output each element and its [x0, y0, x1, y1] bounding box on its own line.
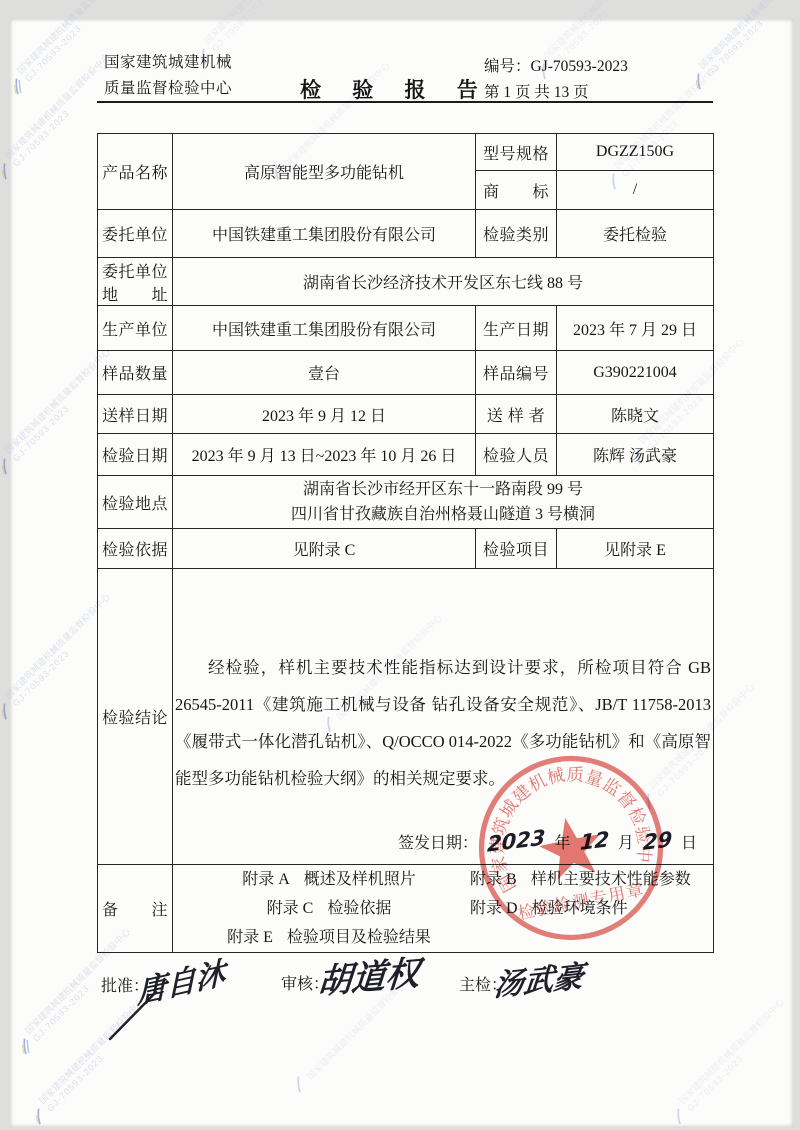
appendix-title: 检验项目及检验结果	[287, 929, 431, 946]
report-number: 编号：GJ-70593-2023	[484, 54, 628, 80]
label-items: 检验项目	[476, 529, 557, 569]
label-location: 检验地点	[98, 476, 173, 529]
appendix-code: 附录 C	[267, 900, 314, 917]
report-number-value: GJ-70593-2023	[531, 58, 628, 75]
report-number-label: 编号：	[484, 58, 531, 75]
label-deliverer: 送 样 者	[476, 395, 557, 434]
report-table: 产品名称 高原智能型多功能钻机 型号规格 DGZZ150G 商 标 / 委托单位…	[97, 133, 714, 953]
label-client: 委托单位	[98, 210, 173, 258]
label-client-address: 委托单位 地 址	[98, 258, 173, 306]
appendix-row: 附录 C检验依据 附录 D检验环境条件	[175, 894, 711, 923]
table-row: 生产单位 中国铁建重工集团股份有限公司 生产日期 2023 年 7 月 29 日	[98, 306, 714, 351]
label-basis: 检验依据	[98, 529, 173, 569]
label-inspectors: 检验人员	[476, 434, 557, 476]
value-product-name: 高原智能型多功能钻机	[173, 134, 476, 210]
label-delivery-date: 送样日期	[98, 395, 173, 434]
appendix-code: 附录 E	[227, 929, 273, 946]
table-row: 委托单位 地 址 湖南省长沙经济技术开发区东七线 88 号	[98, 258, 714, 306]
appendix-code: 附录 B	[470, 871, 517, 888]
table-row: 样品数量 壹台 样品编号 G390221004	[98, 351, 714, 395]
value-basis: 见附录 C	[173, 529, 476, 569]
value-production-date: 2023 年 7 月 29 日	[557, 306, 714, 351]
value-client: 中国铁建重工集团股份有限公司	[173, 210, 476, 258]
table-row: 检验依据 见附录 C 检验项目 见附录 E	[98, 529, 714, 569]
sign-date-day-handwritten: 29	[642, 827, 672, 855]
value-manufacturer: 中国铁建重工集团股份有限公司	[173, 306, 476, 351]
conclusion-cell: 经检验，样机主要技术性能指标达到设计要求，所检项目符合 GB 26545-201…	[173, 569, 714, 865]
sign-date-line: 签发日期： 2023 年 12 月 29 日	[398, 829, 697, 853]
appendix-code: 附录 A	[242, 871, 290, 888]
appendix-row: 附录 A概述及样机照片 附录 B样机主要技术性能参数	[175, 865, 711, 894]
review-signature: 胡道权	[316, 945, 422, 1003]
label-conclusion: 检验结论	[98, 569, 173, 865]
table-row: 检验地点 湖南省长沙市经开区东十一路南段 99 号 四川省甘孜藏族自治州格聂山隧…	[98, 476, 714, 529]
label-manufacturer: 生产单位	[98, 306, 173, 351]
label-model-spec: 型号规格	[476, 134, 557, 171]
value-trademark: /	[557, 171, 714, 210]
table-row: 检验结论 经检验，样机主要技术性能指标达到设计要求，所检项目符合 GB 2654…	[98, 569, 714, 865]
table-row: 委托单位 中国铁建重工集团股份有限公司 检验类别 委托检验	[98, 210, 714, 258]
label-remark: 备 注	[98, 865, 173, 953]
location-line2: 四川省甘孜藏族自治州格聂山隧道 3 号横洞	[175, 502, 711, 527]
table-row: 产品名称 高原智能型多功能钻机 型号规格 DGZZ150G	[98, 134, 714, 171]
appendix-item: 附录 C检验依据	[175, 894, 470, 923]
sign-date-year-unit: 年	[554, 830, 570, 853]
value-items: 见附录 E	[557, 529, 714, 569]
value-sample-no: G390221004	[557, 351, 714, 395]
sign-date-year-handwritten: 2023	[487, 825, 546, 856]
value-deliverer: 陈晓文	[557, 395, 714, 434]
org-line2: 质量监督检验中心	[104, 76, 232, 102]
header-rule	[97, 101, 713, 103]
value-location: 湖南省长沙市经开区东十一路南段 99 号 四川省甘孜藏族自治州格聂山隧道 3 号…	[173, 476, 714, 529]
appendix-title: 检验环境条件	[532, 900, 628, 917]
sign-date-month-unit: 月	[618, 830, 634, 853]
appendix-title: 概述及样机照片	[304, 871, 416, 888]
value-inspectors: 陈辉 汤武豪	[557, 434, 714, 476]
org-line1: 国家建筑城建机械	[104, 50, 232, 76]
conclusion-text: 经检验，样机主要技术性能指标达到设计要求，所检项目符合 GB 26545-201…	[175, 649, 711, 797]
table-row: 检验日期 2023 年 9 月 13 日~2023 年 10 月 26 日 检验…	[98, 434, 714, 476]
appendix-item: 附录 B样机主要技术性能参数	[470, 865, 691, 894]
issuing-org: 国家建筑城建机械 质量监督检验中心	[104, 50, 232, 102]
label-client-address-line2: 地 址	[100, 282, 170, 305]
remark-cell: 附录 A概述及样机照片 附录 B样机主要技术性能参数 附录 C检验依据 附录 D…	[173, 865, 714, 953]
appendix-title: 样机主要技术性能参数	[531, 871, 691, 888]
value-model-spec: DGZZ150G	[557, 134, 714, 171]
label-sample-no: 样品编号	[476, 351, 557, 395]
header-right: 编号：GJ-70593-2023 第 1 页 共 13 页	[484, 54, 628, 106]
table-row: 送样日期 2023 年 9 月 12 日 送 样 者 陈晓文	[98, 395, 714, 434]
value-delivery-date: 2023 年 9 月 12 日	[173, 395, 476, 434]
value-inspection-date: 2023 年 9 月 13 日~2023 年 10 月 26 日	[173, 434, 476, 476]
appendix-code: 附录 D	[470, 900, 518, 917]
label-client-address-line1: 委托单位	[100, 259, 170, 282]
report-title: 检 验 报 告	[300, 74, 491, 104]
label-production-date: 生产日期	[476, 306, 557, 351]
location-line1: 湖南省长沙市经开区东十一路南段 99 号	[175, 477, 711, 502]
appendix-item: 附录 A概述及样机照片	[175, 865, 470, 894]
appendix-title: 检验依据	[327, 900, 391, 917]
label-trademark: 商 标	[476, 171, 557, 210]
label-sample-qty: 样品数量	[98, 351, 173, 395]
label-inspection-date: 检验日期	[98, 434, 173, 476]
label-product-name: 产品名称	[98, 134, 173, 210]
approve-signature-stroke	[104, 988, 164, 1043]
sign-date-label: 签发日期：	[398, 830, 478, 853]
value-inspection-type: 委托检验	[557, 210, 714, 258]
table-row: 备 注 附录 A概述及样机照片 附录 B样机主要技术性能参数 附录 C检验依据 …	[98, 865, 714, 953]
label-inspection-type: 检验类别	[476, 210, 557, 258]
sign-date-day-unit: 日	[681, 830, 697, 853]
value-sample-qty: 壹台	[173, 351, 476, 395]
sign-date-month-handwritten: 12	[579, 827, 609, 855]
value-client-address: 湖南省长沙经济技术开发区东七线 88 号	[173, 258, 714, 306]
appendix-item: 附录 D检验环境条件	[470, 894, 628, 923]
appendix-row: 附录 E检验项目及检验结果	[175, 923, 711, 952]
